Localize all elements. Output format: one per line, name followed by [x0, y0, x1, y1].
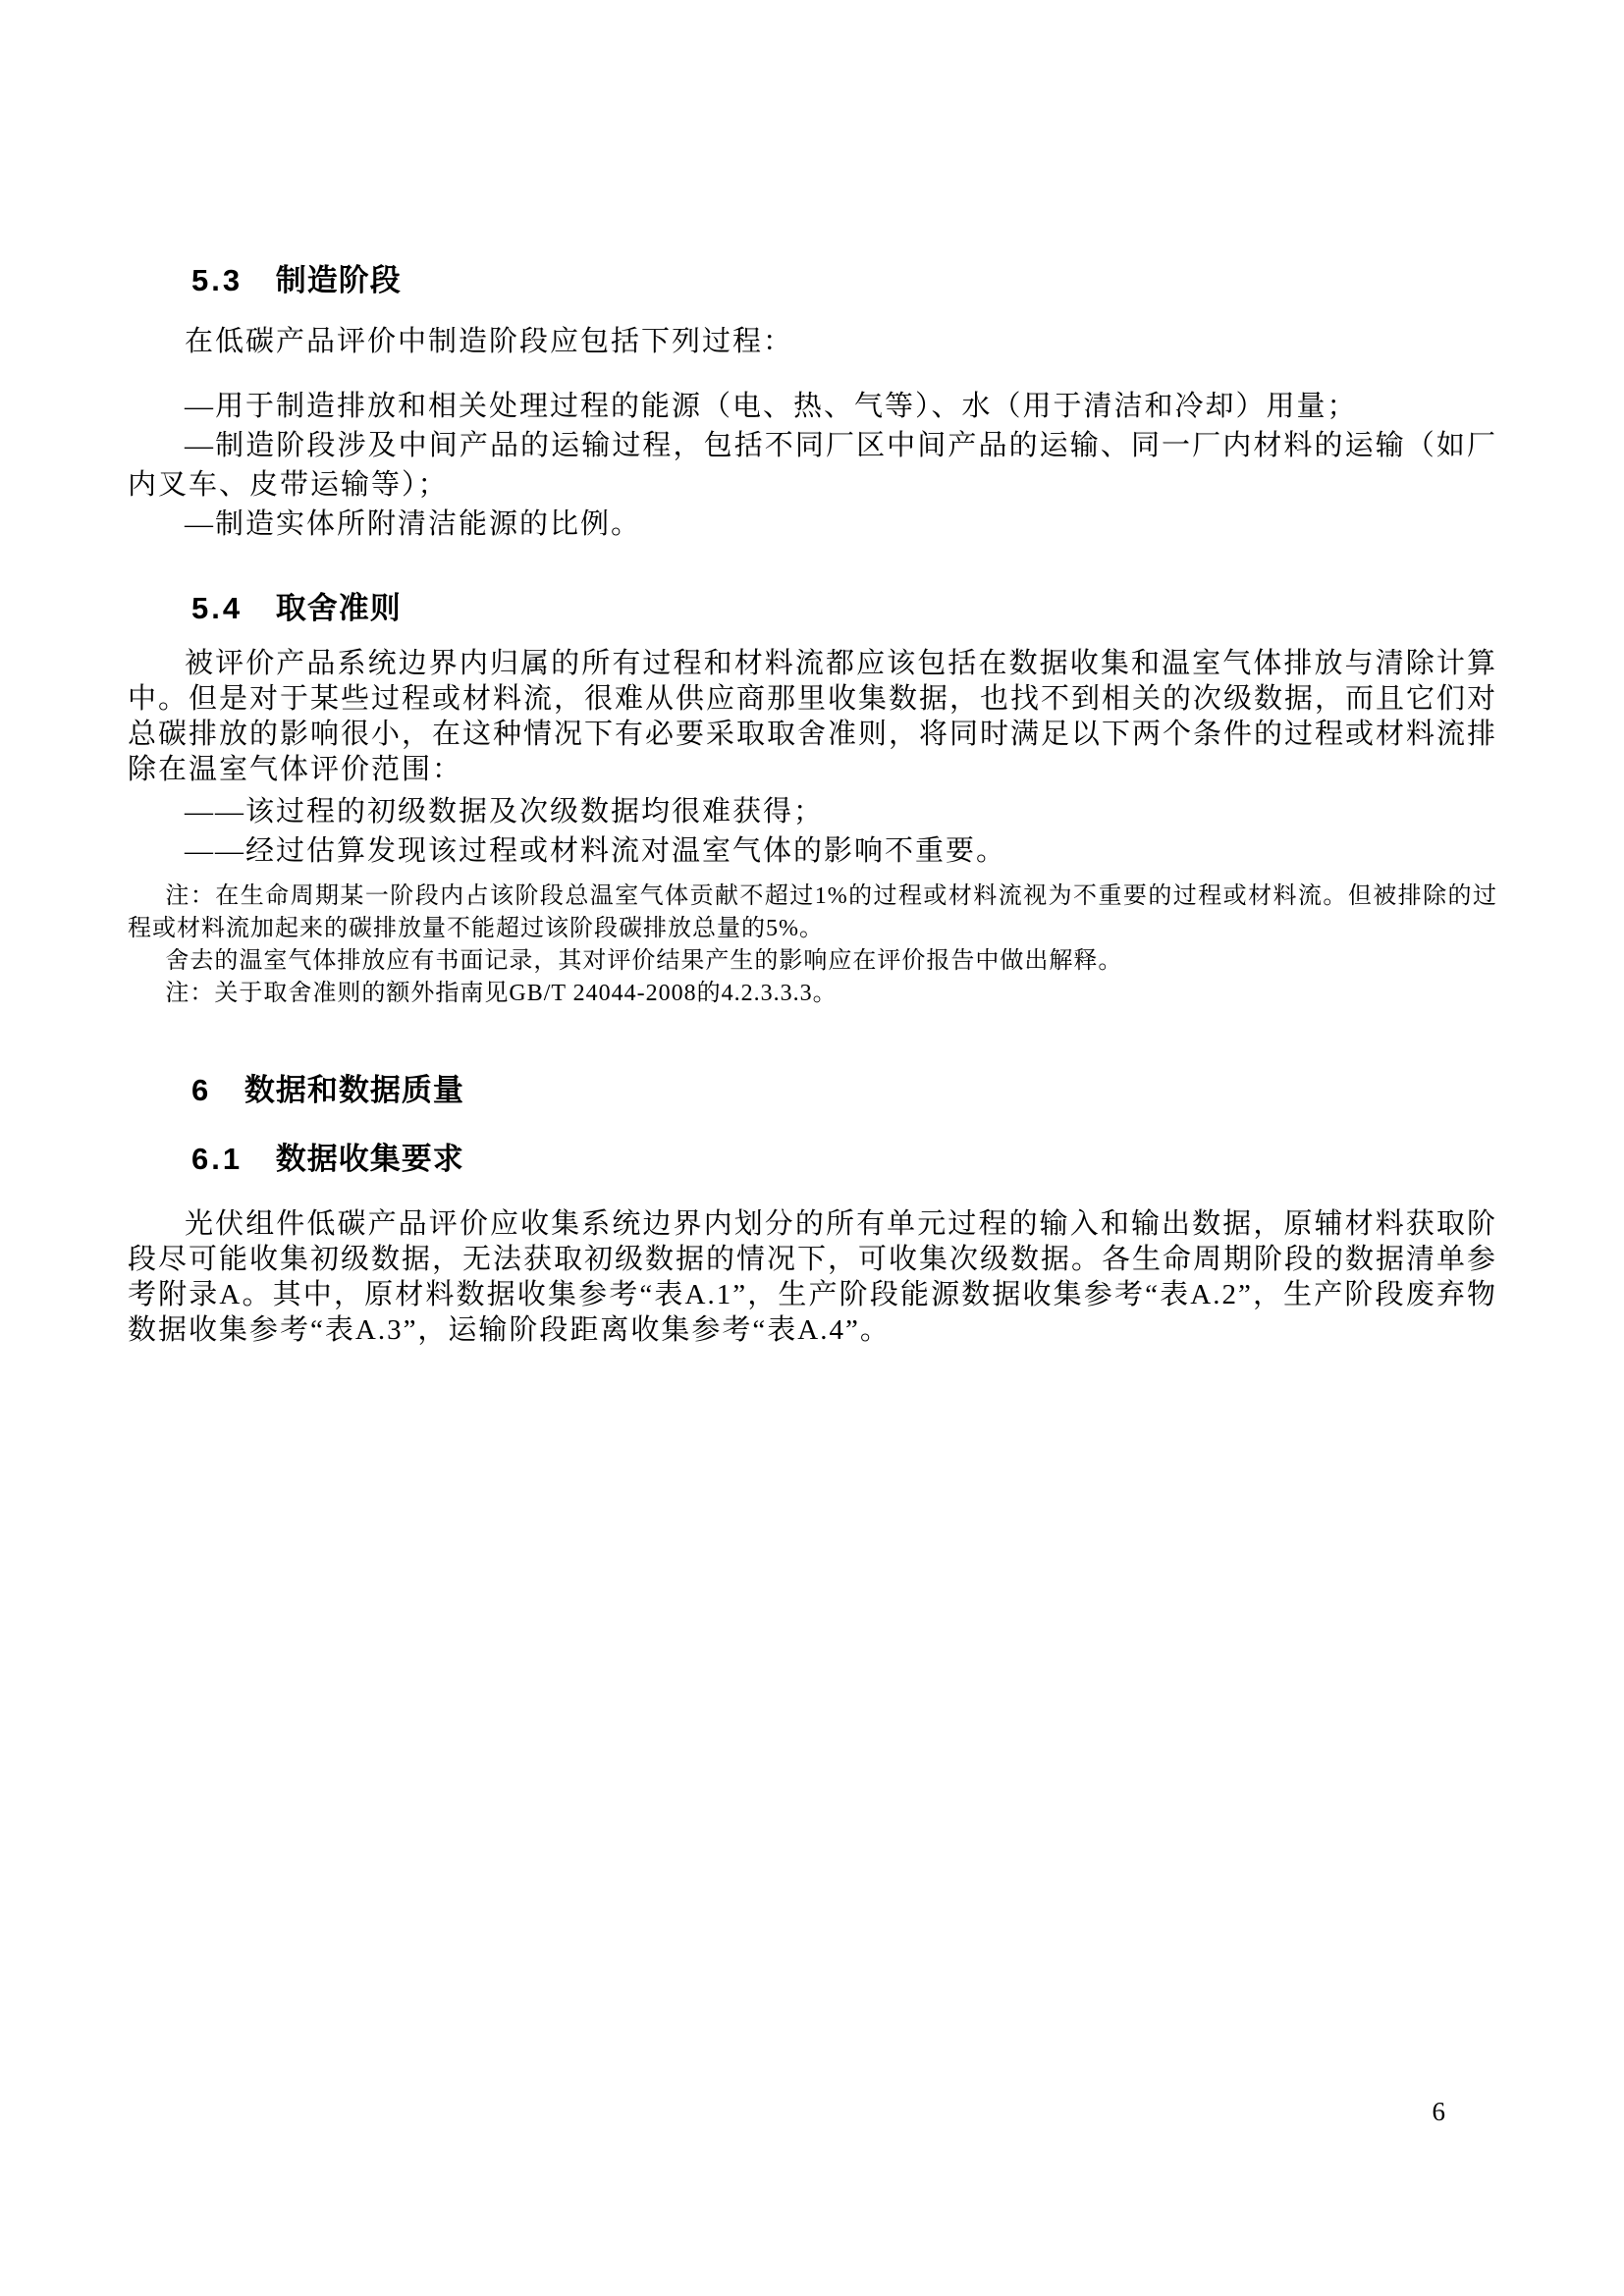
bullet-energy-water-usage: —用于制造排放和相关处理过程的能源（电、热、气等）、水（用于清洁和冷却）用量； — [128, 387, 1497, 426]
condition-estimated-impact: ——经过估算发现该过程或材料流对温室气体的影响不重要。 — [128, 831, 1497, 871]
bullet-transport-process: —制造阶段涉及中间产品的运输过程，包括不同厂区中间产品的运输、同一厂内材料的运输… — [128, 426, 1497, 505]
section-5-4-title: 取舍准则 — [276, 591, 402, 625]
section-5-3-number: 5.3 — [191, 261, 243, 300]
section-6-1-heading: 6.1 数据收集要求 — [128, 1140, 1497, 1179]
chapter-6-number: 6 — [191, 1071, 211, 1110]
section-5-3-heading: 5.3 制造阶段 — [128, 261, 1497, 300]
chapter-6: 6 数据和数据质量 — [128, 1071, 1497, 1110]
paragraph-manufacturing-intro: 在低碳产品评价中制造阶段应包括下列过程： — [128, 324, 1497, 359]
section-5-4-heading: 5.4 取舍准则 — [128, 589, 1497, 628]
chapter-6-heading: 6 数据和数据质量 — [128, 1071, 1497, 1110]
paragraph-data-collection: 光伏组件低碳产品评价应收集系统边界内划分的所有单元过程的输入和输出数据，原辅材料… — [128, 1206, 1497, 1348]
section-6-1-title: 数据收集要求 — [276, 1142, 464, 1176]
chapter-6-title: 数据和数据质量 — [244, 1073, 464, 1107]
bullet-clean-energy-ratio: —制造实体所附清洁能源的比例。 — [128, 505, 1497, 544]
section-5-4: 5.4 取舍准则 被评价产品系统边界内归属的所有过程和材料流都应该包括在数据收集… — [128, 589, 1497, 1010]
page-number: 6 — [1433, 2097, 1446, 2127]
section-5-4-number: 5.4 — [191, 589, 243, 628]
section-5-3: 5.3 制造阶段 在低碳产品评价中制造阶段应包括下列过程： —用于制造排放和相关… — [128, 261, 1497, 544]
paragraph-cutoff-criteria: 被评价产品系统边界内归属的所有过程和材料流都应该包括在数据收集和温室气体排放与清… — [128, 646, 1497, 787]
section-6-1: 6.1 数据收集要求 光伏组件低碳产品评价应收集系统边界内划分的所有单元过程的输… — [128, 1140, 1497, 1348]
section-6-1-number: 6.1 — [191, 1140, 243, 1179]
condition-primary-secondary-data: ——该过程的初级数据及次级数据均很难获得； — [128, 792, 1497, 831]
document-page: 5.3 制造阶段 在低碳产品评价中制造阶段应包括下列过程： —用于制造排放和相关… — [0, 0, 1624, 2296]
note-written-record: 舍去的温室气体排放应有书面记录，其对评价结果产生的影响应在评价报告中做出解释。 — [128, 945, 1497, 978]
note-gbt-reference: 注：关于取舍准则的额外指南见GB/T 24044-2008的4.2.3.3.3。 — [128, 978, 1497, 1010]
section-5-3-title: 制造阶段 — [276, 263, 402, 297]
note-one-percent-rule: 注：在生命周期某一阶段内占该阶段总温室气体贡献不超过1%的过程或材料流视为不重要… — [128, 881, 1497, 945]
